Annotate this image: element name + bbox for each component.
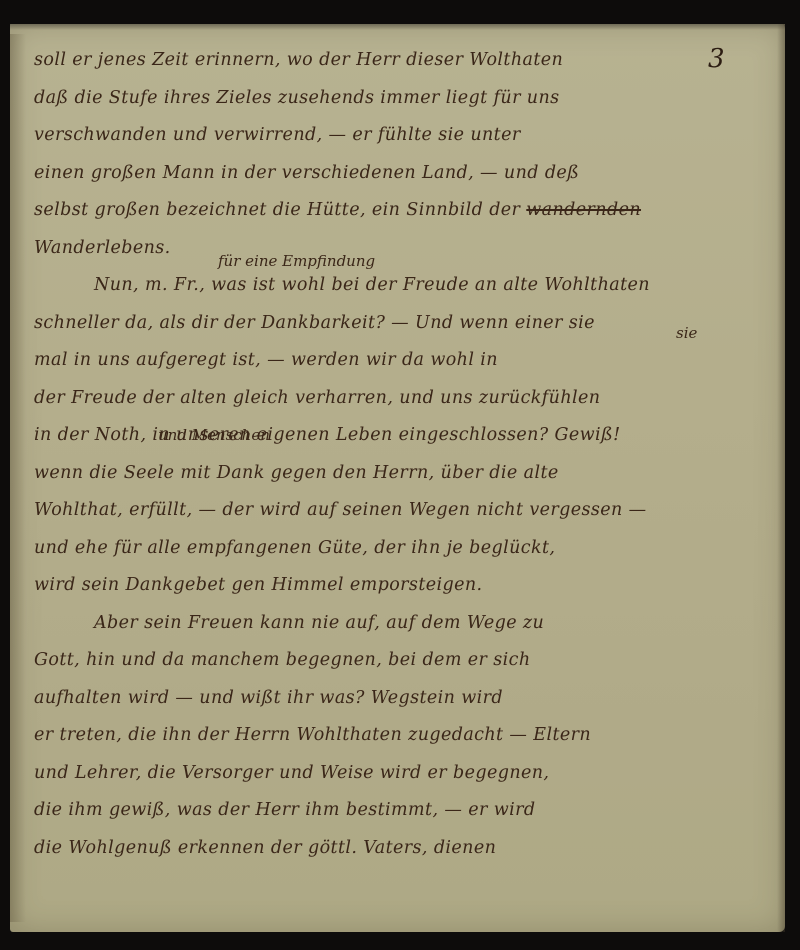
manuscript-text: soll er jenes Zeit erinnern, wo der Herr… [34,42,714,867]
text-line: schneller da, als dir der Dankbarkeit? —… [34,305,714,343]
text-line: daß die Stufe ihres Zieles zusehends imm… [34,80,714,118]
text-line: einen großen Mann in der verschiedenen L… [34,155,714,193]
text-line: und Lehrer, die Versorger und Weise wird… [34,755,714,793]
text-line: Nun, m. Fr., was ist wohl bei der Freude… [34,267,714,305]
text-line: Gott, hin und da manchem begegnen, bei d… [34,642,714,680]
page-edge-shadow [777,24,785,932]
text-line: wird sein Dankgebet gen Himmel emporstei… [34,567,714,605]
text-line: aufhalten wird — und wißt ihr was? Wegst… [34,680,714,718]
text-line: Wanderlebens. [34,230,714,268]
text-line: verschwanden und verwirrend, — er fühlte… [34,117,714,155]
text-line: selbst großen bezeichnet die Hütte, ein … [34,192,714,230]
text-line: er treten, die ihn der Herrn Wohlthaten … [34,717,714,755]
struck-word: wandernden [526,200,641,220]
manuscript-page: 3 für eine Empfindung sie und Menschen s… [10,24,785,932]
text-line: wenn die Seele mit Dank gegen den Herrn,… [34,455,714,493]
text-line: die ihm gewiß, was der Herr ihm bestimmt… [34,792,714,830]
text-line: mal in uns aufgeregt ist, — werden wir d… [34,342,714,380]
text-line: der Freude der alten gleich verharren, u… [34,380,714,418]
text-line: die Wohlgenuß erkennen der göttl. Vaters… [34,830,714,868]
text-line: Aber sein Freuen kann nie auf, auf dem W… [34,605,714,643]
text-line: soll er jenes Zeit erinnern, wo der Herr… [34,42,714,80]
text-line: Wohlthat, erfüllt, — der wird auf seinen… [34,492,714,530]
text-line: in der Noth, in unseren eigenen Leben ei… [34,417,714,455]
binding-edge [10,34,26,922]
text-line: und ehe für alle empfangenen Güte, der i… [34,530,714,568]
